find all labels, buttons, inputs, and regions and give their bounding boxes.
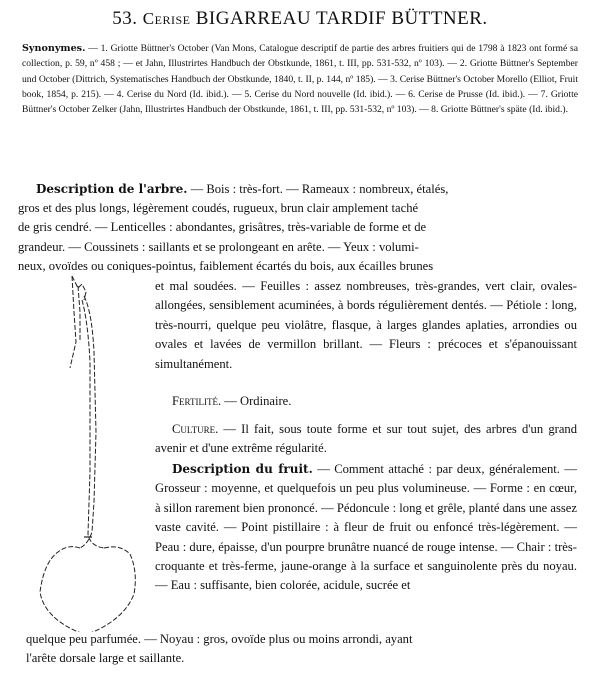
tree-description-label: Description de l'arbre. [36, 182, 187, 196]
fruit-description: Description du fruit. — Comment attaché … [155, 460, 577, 596]
fertility-text: — Ordinaire. [224, 394, 291, 408]
variety-number: 53. [112, 8, 137, 29]
tree-description-top: Description de l'arbre. — Bois : très-fo… [36, 180, 576, 199]
page-title: 53. Cerise BIGARREAU TARDIF BÜTTNER. [0, 8, 600, 30]
fruit-end-line-2: l'arête dorsale large et saillante. [26, 649, 578, 668]
tree-line-4: grandeur. — Coussinets : saillants et se… [18, 238, 576, 257]
synonyms-text: — 1. Griotte Büttner's October (Van Mons… [22, 43, 578, 115]
fertility-paragraph: Fertilité. — Ordinaire. [172, 392, 577, 411]
fruit-description-end: quelque peu parfumée. — Noyau : gros, ov… [26, 630, 578, 669]
cherry-illustration [28, 272, 148, 632]
synonyms-paragraph: Synonymes. — 1. Griotte Büttner's Octobe… [22, 41, 578, 117]
tree-description-full-lines: gros et des plus longs, légèrement coudé… [18, 199, 576, 277]
culture-text: — Il fait, sous toute forme et sur tout … [155, 422, 577, 455]
fruit-description-label: Description du fruit. [172, 462, 313, 476]
tree-line-3: de gris cendré. — Lenticelles : abondant… [18, 218, 576, 237]
cherry-outline-icon [28, 272, 148, 632]
fruit-description-text: — Comment attaché : par deux, généraleme… [155, 462, 577, 592]
title-prefix: Cerise [143, 9, 191, 28]
tree-line-2: gros et des plus longs, légèrement coudé… [18, 199, 576, 218]
fertility-label: Fertilité. [172, 394, 221, 408]
tree-description-rest: et mal soudées. — Feuilles : assez nombr… [155, 277, 577, 374]
culture-paragraph: Culture. — Il fait, sous toute forme et … [155, 420, 577, 459]
fruit-end-line-1: quelque peu parfumée. — Noyau : gros, ov… [26, 630, 578, 649]
variety-name: BIGARREAU TARDIF BÜTTNER. [196, 8, 488, 29]
tree-rest-text: et mal soudées. — Feuilles : assez nombr… [155, 277, 577, 374]
culture-label: Culture. [172, 422, 218, 436]
tree-line-1: — Bois : très-fort. — Rameaux : nombreux… [191, 182, 449, 196]
synonyms-label: Synonymes. [22, 43, 85, 54]
